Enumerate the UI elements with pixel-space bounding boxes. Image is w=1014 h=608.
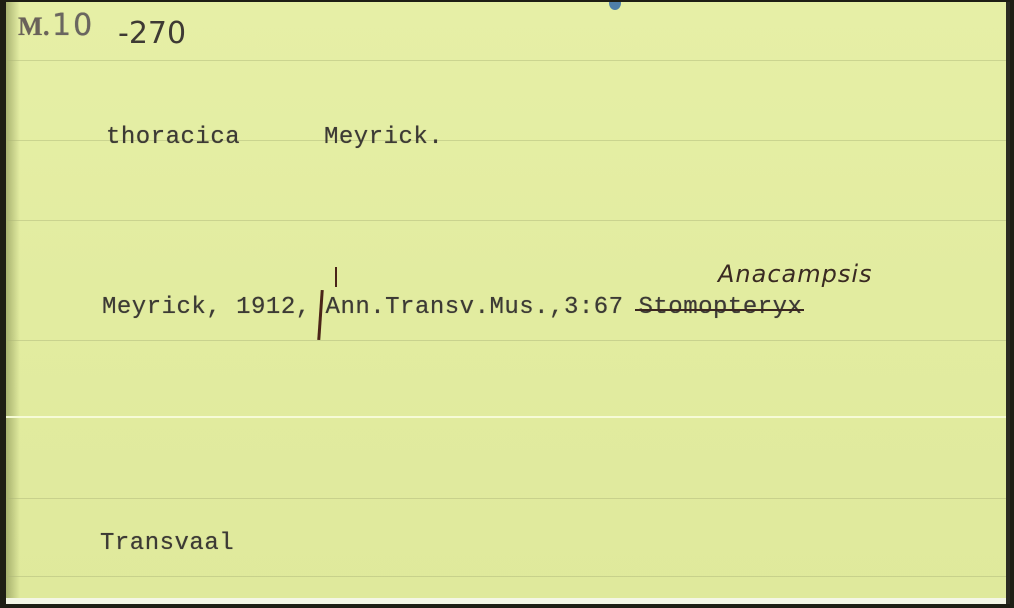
card-right-edge [1006,2,1010,604]
citation-reference: , Ann.Transv.Mus.,3:67 [296,294,639,321]
ruled-line [6,60,1010,61]
species-name: thoracica [106,124,240,151]
ruled-line [6,220,1010,221]
ruled-line [6,340,1010,341]
drawer-number: 10 [52,8,94,43]
tab-marker [609,2,621,10]
card-edge-shadow [6,2,20,604]
card-number: -270 [118,16,186,51]
index-card: M. 10 -270 thoracica Meyrick. Meyrick, 1… [6,2,1010,604]
locality: Transvaal [100,530,234,557]
ruled-line [6,576,1010,577]
catalogue-prefix: M. [18,12,50,42]
citation-author-year: Meyrick, 191 [102,294,281,321]
struck-genus: Stomopteryx [639,294,803,321]
card-bottom-edge [6,598,1010,604]
citation-year-digit: 2 [281,294,296,321]
citation-line: Meyrick, 1912, Ann.Transv.Mus.,3:67 Stom… [102,294,802,321]
handwritten-genus: Anacampsis [718,260,873,288]
year-correction-digit [335,267,337,287]
species-author: Meyrick. [324,124,443,151]
ruled-line-highlight [6,416,1010,418]
ruled-line [6,498,1010,499]
